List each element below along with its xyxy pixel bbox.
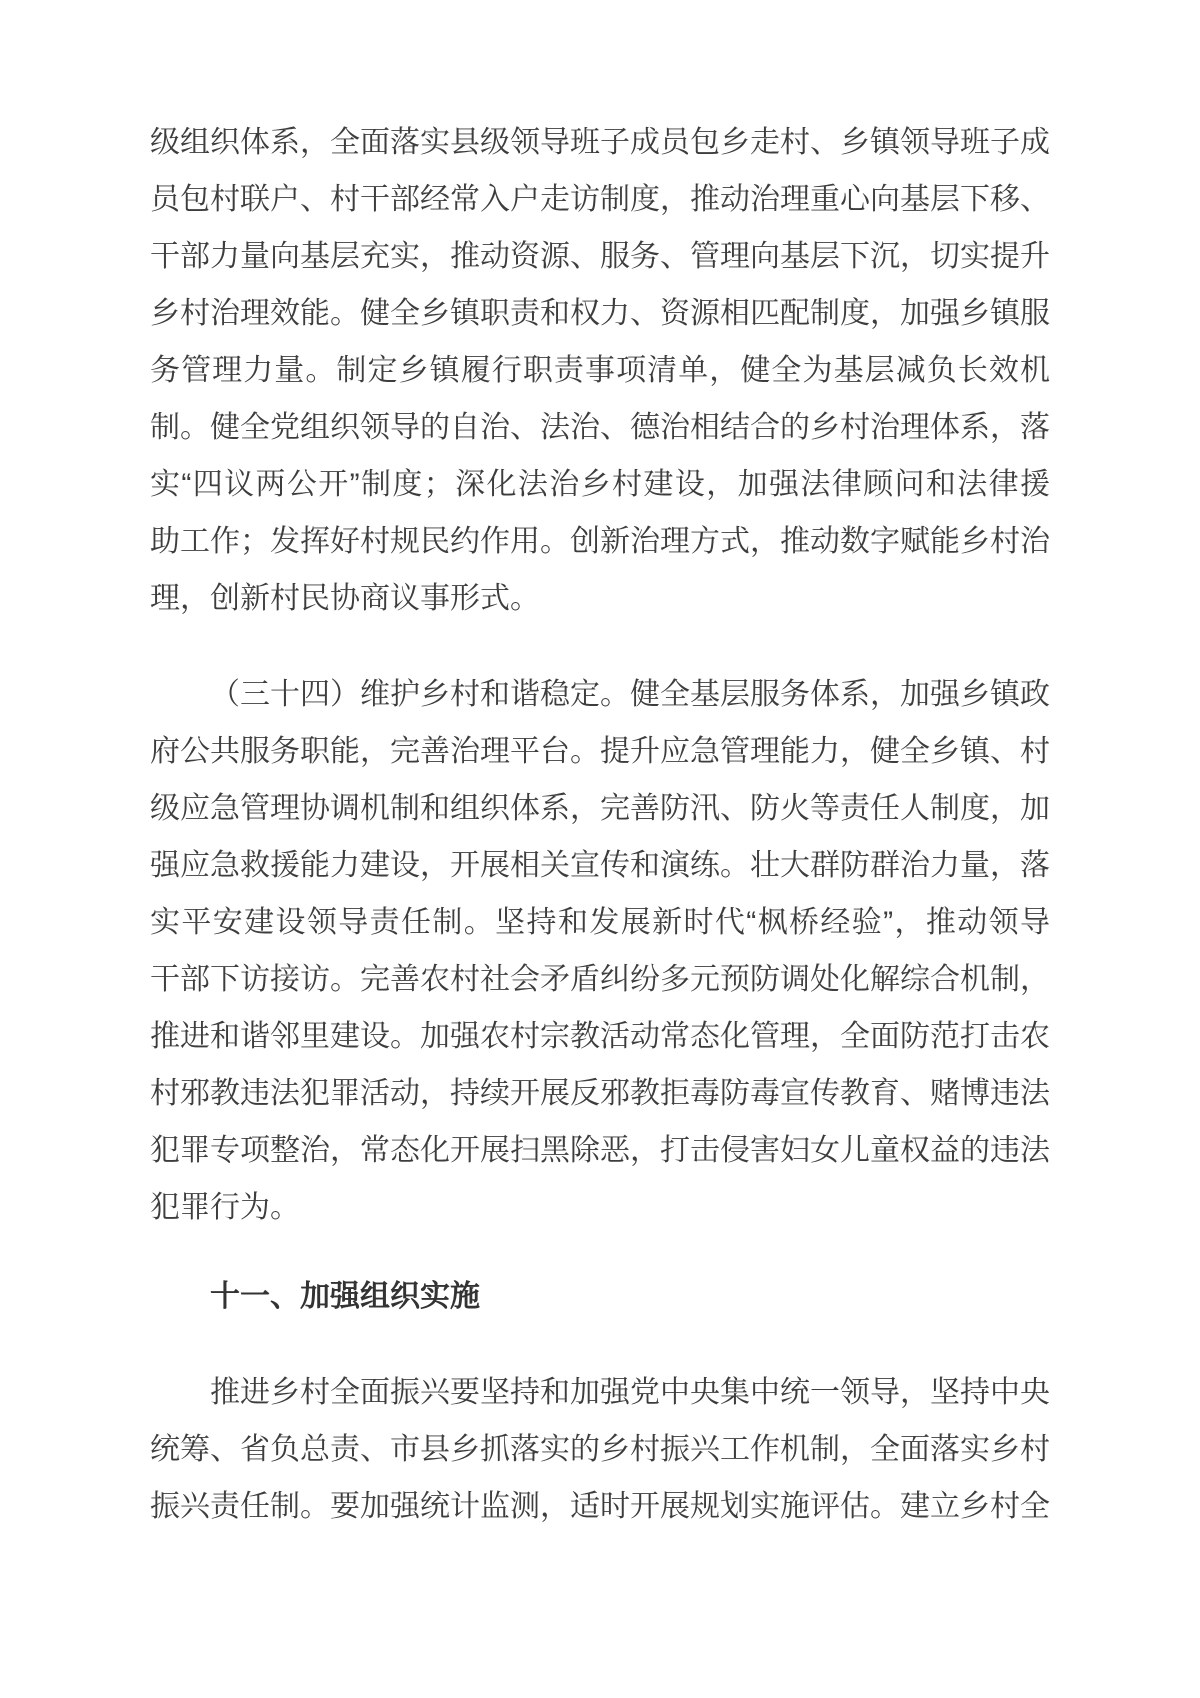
text-line: 府公共服务职能，完善治理平台。提升应急管理能力，健全乡镇、村 [150,723,1050,780]
text-line: 理，创新村民协商议事形式。 [150,570,1050,627]
text-line: 制。健全党组织领导的自治、法治、德治相结合的乡村治理体系，落 [150,399,1050,456]
text-line: 助工作；发挥好村规民约作用。创新治理方式，推动数字赋能乡村治 [150,513,1050,570]
paragraph: 级组织体系，全面落实县级领导班子成员包乡走村、乡镇领导班子成员包村联户、村干部经… [150,114,1050,627]
text-line: 村邪教违法犯罪活动，持续开展反邪教拒毒防毒宣传教育、赌博违法 [150,1065,1050,1122]
text-line: 干部下访接访。完善农村社会矛盾纠纷多元预防调处化解综合机制， [150,951,1050,1008]
text-line: 振兴责任制。要加强统计监测，适时开展规划实施评估。建立乡村全 [150,1478,1050,1535]
text-line: 级组织体系，全面落实县级领导班子成员包乡走村、乡镇领导班子成 [150,114,1050,171]
paragraph: 推进乡村全面振兴要坚持和加强党中央集中统一领导，坚持中央统筹、省负总责、市县乡抓… [150,1364,1050,1535]
text-line: 实“四议两公开”制度；深化法治乡村建设，加强法律顾问和法律援 [150,456,1050,513]
paragraph: （三十四）维护乡村和谐稳定。健全基层服务体系，加强乡镇政府公共服务职能，完善治理… [150,666,1050,1236]
text-line: 犯罪专项整治，常态化开展扫黑除恶，打击侵害妇女儿童权益的违法 [150,1122,1050,1179]
section-heading: 十一、加强组织实施 [150,1268,1050,1325]
heading-line: 十一、加强组织实施 [150,1268,1050,1325]
text-line: 推进乡村全面振兴要坚持和加强党中央集中统一领导，坚持中央 [150,1364,1050,1421]
text-line: 犯罪行为。 [150,1179,1050,1236]
text-line: 统筹、省负总责、市县乡抓落实的乡村振兴工作机制，全面落实乡村 [150,1421,1050,1478]
text-line: 强应急救援能力建设，开展相关宣传和演练。壮大群防群治力量，落 [150,837,1050,894]
document-body: 级组织体系，全面落实县级领导班子成员包乡走村、乡镇领导班子成员包村联户、村干部经… [150,114,1050,1535]
text-line: 务管理力量。制定乡镇履行职责事项清单，健全为基层减负长效机 [150,342,1050,399]
text-line: （三十四）维护乡村和谐稳定。健全基层服务体系，加强乡镇政 [150,666,1050,723]
text-line: 员包村联户、村干部经常入户走访制度，推动治理重心向基层下移、 [150,171,1050,228]
text-line: 实平安建设领导责任制。坚持和发展新时代“枫桥经验”，推动领导 [150,894,1050,951]
text-line: 推进和谐邻里建设。加强农村宗教活动常态化管理，全面防范打击农 [150,1008,1050,1065]
document-page: 级组织体系，全面落实县级领导班子成员包乡走村、乡镇领导班子成员包村联户、村干部经… [0,0,1200,1698]
text-line: 级应急管理协调机制和组织体系，完善防汛、防火等责任人制度，加 [150,780,1050,837]
text-line: 乡村治理效能。健全乡镇职责和权力、资源相匹配制度，加强乡镇服 [150,285,1050,342]
text-line: 干部力量向基层充实，推动资源、服务、管理向基层下沉，切实提升 [150,228,1050,285]
